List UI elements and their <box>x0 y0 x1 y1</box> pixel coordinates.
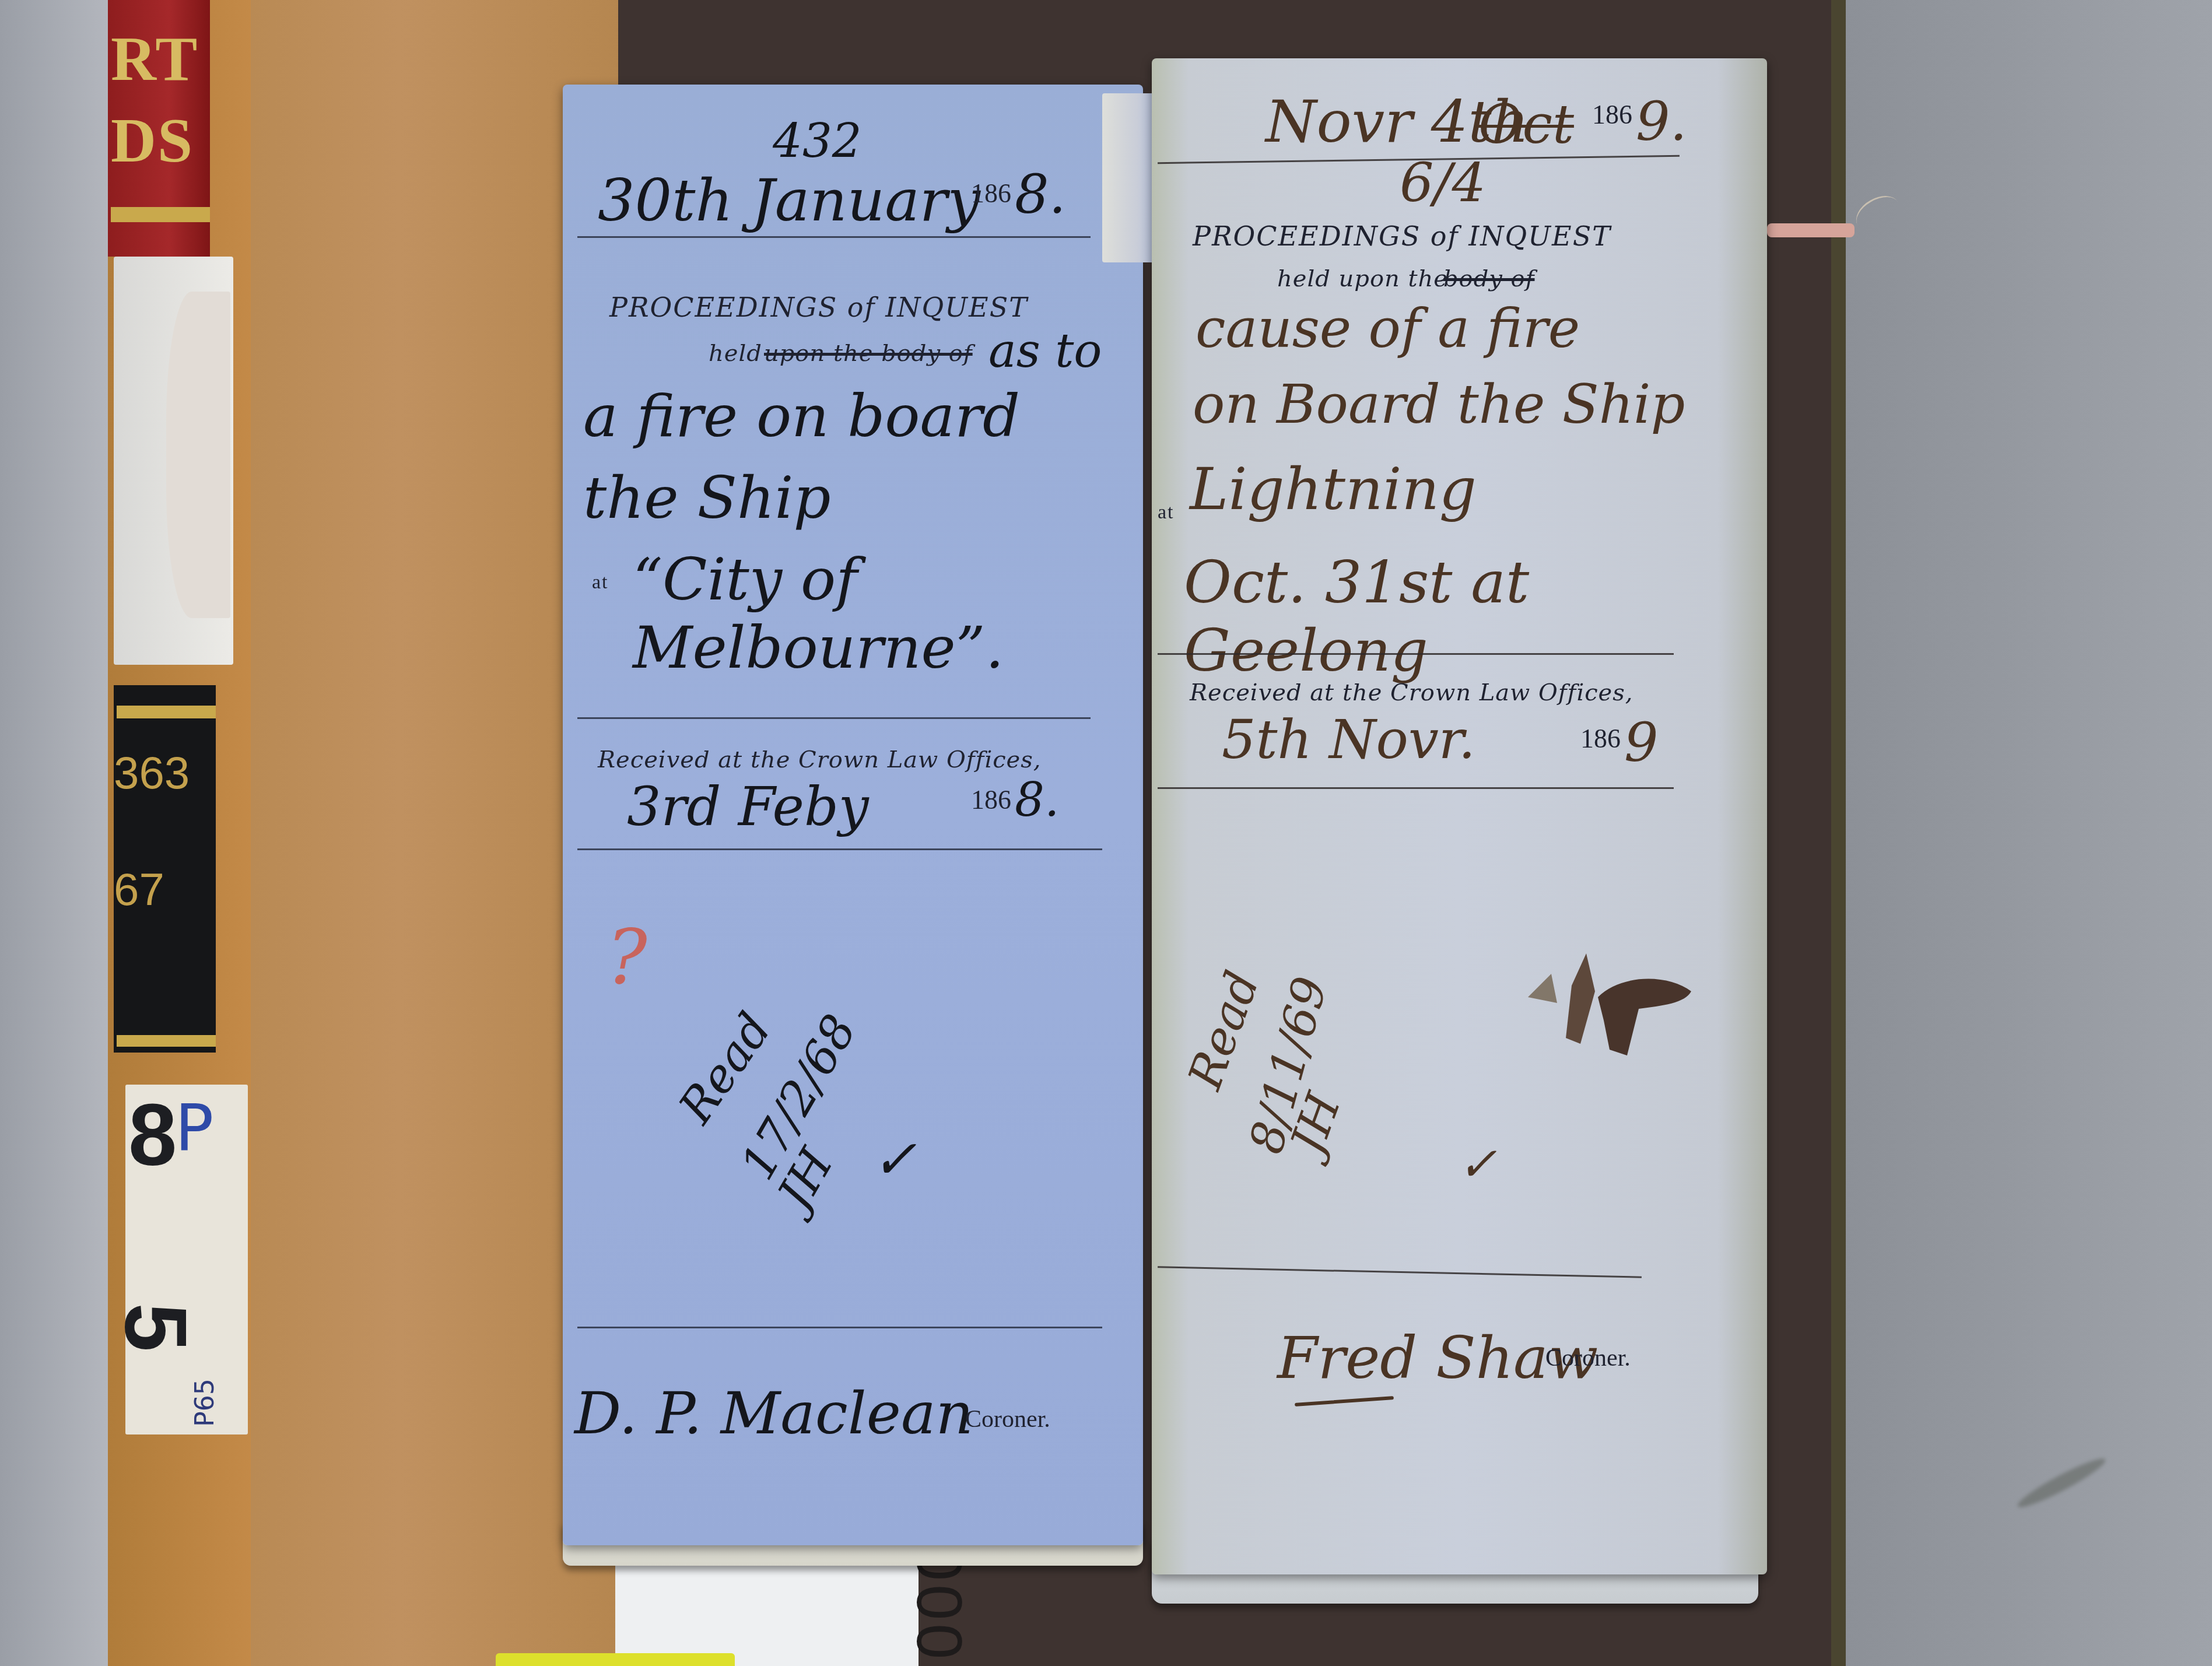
received-year-printed: 186 <box>971 784 1011 815</box>
tag-number-top: 8 <box>128 1085 177 1186</box>
held-handwritten: as to <box>988 324 1102 378</box>
folio-number: 432 <box>773 114 862 168</box>
rule-1 <box>577 236 1091 238</box>
date-year-handwritten: 9. <box>1636 90 1687 153</box>
inquest-docket-right: Novr 4th Oct 186 9. 6/4 PROCEEDINGS of I… <box>1152 58 1767 1574</box>
spine-paper-patch <box>166 292 230 618</box>
rule-2 <box>1158 653 1674 655</box>
date-handwritten: 30th January <box>598 166 980 234</box>
book-board-edge <box>1831 0 1846 1666</box>
subject-line-1: a fire on board <box>583 382 1020 450</box>
tag-number-bottom: 5 <box>105 1303 206 1352</box>
spine-year-start: 363 <box>114 746 190 799</box>
received-year-printed: 186 <box>1580 723 1621 754</box>
date-year-printed: 186 <box>971 178 1011 209</box>
spine-year-end: 67 <box>114 863 164 916</box>
pink-ribbon-tie <box>1767 223 1855 237</box>
coroner-label: Coroner. <box>1545 1344 1631 1372</box>
at-label: at <box>592 571 609 594</box>
tag-small-note: P65 <box>190 1379 220 1427</box>
subject-line-2: the Ship <box>583 464 830 532</box>
subject-line-3: “City of Melbourne”. <box>633 545 1143 682</box>
rule-4 <box>1158 1266 1642 1278</box>
spine-shelf-tag: 8 P 5 P65 <box>125 1085 248 1434</box>
held-struck: upon the body of <box>764 340 973 367</box>
spine-gold-band <box>111 207 210 222</box>
received-year-handwritten: 9 <box>1624 711 1659 774</box>
backdrop-right <box>1843 0 2212 1666</box>
signature-underline <box>1295 1396 1394 1407</box>
received-date: 5th Novr. <box>1222 709 1475 771</box>
doc-title: PROCEEDINGS of INQUEST <box>1193 220 1611 252</box>
spine-title-line-2: DS <box>111 105 187 177</box>
date-year-printed: 186 <box>1592 99 1632 130</box>
coroner-signature: D. P. Maclean <box>574 1379 973 1447</box>
subject-line-4: Oct. 31st at Geelong <box>1184 548 1767 685</box>
check-mark: ✓ <box>1458 1137 1497 1191</box>
received-label: Received at the Crown Law Offices, <box>1190 679 1633 706</box>
spine-title-line-1: RT <box>111 23 187 96</box>
tag-annotation-blue: P <box>175 1090 213 1165</box>
backdrop-left <box>0 0 117 1666</box>
at-label: at <box>1158 501 1175 524</box>
doc-title: PROCEEDINGS of INQUEST <box>609 292 1028 323</box>
inquest-docket-left: 432 30th January 186 8. PROCEEDINGS of I… <box>563 85 1143 1545</box>
red-pencil-query-mark: ? <box>607 913 647 1001</box>
received-year-handwritten: 8. <box>1015 773 1059 827</box>
spine-gold-band-bottom <box>117 1035 216 1047</box>
yellow-marker-tab <box>496 1653 735 1666</box>
rule-3 <box>1158 787 1674 789</box>
subject-line-3: Lightning <box>1190 455 1477 523</box>
date-year-handwritten: 8. <box>1015 163 1066 226</box>
subject-line-1: cause of a fire <box>1196 297 1580 360</box>
rule-4 <box>577 1327 1102 1328</box>
spine-gold-band-top <box>117 706 216 718</box>
received-label: Received at the Crown Law Offices, <box>598 746 1042 773</box>
held-printed: held <box>709 340 762 367</box>
received-date: 3rd Feby <box>627 776 869 838</box>
check-mark: ✓ <box>872 1128 917 1191</box>
ink-stain <box>1516 951 1697 1067</box>
date-struck: Oct <box>1478 93 1574 156</box>
held-struck: body of <box>1443 265 1535 292</box>
read-note: Read <box>1177 964 1270 1096</box>
subject-line-2: on Board the Ship <box>1193 373 1685 436</box>
rule-2 <box>577 717 1091 719</box>
held-printed: held upon the <box>1277 265 1448 292</box>
rule-3 <box>577 848 1102 850</box>
barcode-label <box>615 1557 919 1666</box>
coroner-label: Coroner. <box>965 1405 1050 1433</box>
folio-number: 6/4 <box>1400 152 1486 214</box>
